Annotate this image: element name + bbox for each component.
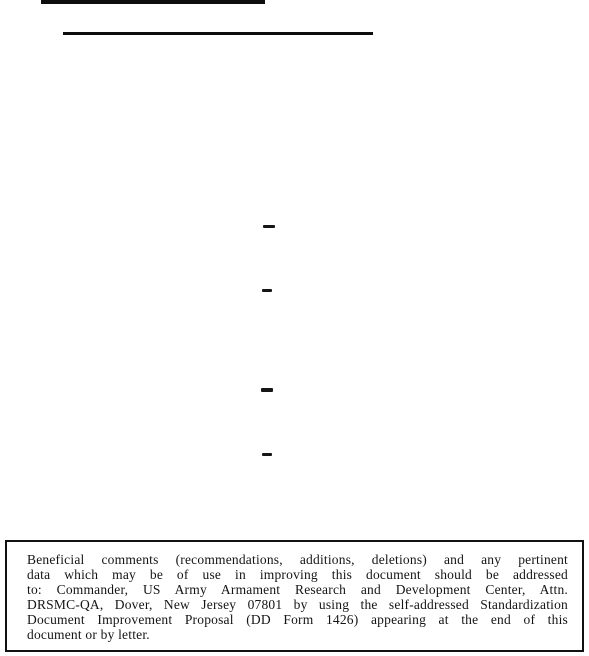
notice-line: to: Commander, US Army Armament Research… bbox=[27, 583, 568, 598]
second-heading-underline-rule bbox=[63, 32, 373, 35]
dash-mark bbox=[263, 225, 275, 228]
notice-line: DRSMC-QA, Dover, New Jersey 07801 by usi… bbox=[27, 598, 568, 613]
notice-line: Beneficial comments (recommendations, ad… bbox=[27, 553, 568, 568]
top-heading-underline-rule bbox=[41, 0, 265, 4]
scanned-document-page: Beneficial comments (recommendations, ad… bbox=[0, 0, 589, 656]
notice-line: data which may be of use in improving th… bbox=[27, 568, 568, 583]
comment-notice-box: Beneficial comments (recommendations, ad… bbox=[5, 540, 584, 652]
notice-line: document or by letter. bbox=[27, 628, 568, 643]
dash-mark bbox=[262, 453, 272, 456]
dash-mark bbox=[262, 289, 272, 292]
dash-mark bbox=[261, 388, 273, 392]
notice-line: Document Improvement Proposal (DD Form 1… bbox=[27, 613, 568, 628]
